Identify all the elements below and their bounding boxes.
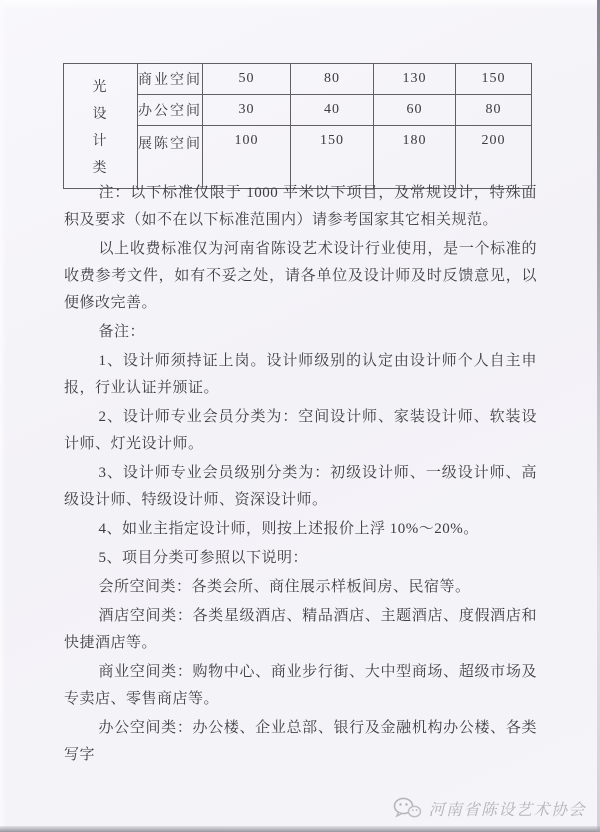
fee-value: 80 bbox=[291, 64, 374, 95]
fee-value: 50 bbox=[203, 64, 291, 95]
fee-value: 40 bbox=[291, 95, 374, 126]
row-label: 商业空间 bbox=[138, 64, 203, 95]
fee-value: 150 bbox=[456, 64, 532, 95]
category-char: 设 bbox=[93, 103, 109, 123]
document-body: 注：以下标准仅限于 1000 平米以下项目，及常规设计，特殊面积及要求（如不在以… bbox=[64, 178, 537, 769]
category-office-spaces: 办公空间类：办公楼、企业总部、银行及金融机构办公楼、各类写字 bbox=[64, 715, 537, 769]
category-char: 计 bbox=[93, 130, 109, 150]
fee-value: 30 bbox=[203, 95, 291, 126]
category-club-spaces: 会所空间类：各类会所、商住展示样板间房、民宿等。 bbox=[64, 574, 537, 601]
scanned-document-page: 光 设 计 类 商业空间 50 80 130 150 办公空间 30 40 60… bbox=[0, 0, 600, 832]
category-hotel-spaces: 酒店空间类：各类星级酒店、精品酒店、主题酒店、度假酒店和快捷酒店等。 bbox=[64, 603, 537, 657]
wechat-logo-icon bbox=[392, 796, 422, 820]
fee-value: 60 bbox=[374, 95, 456, 126]
remark-item-2: 2、设计师专业会员分类为：空间设计师、家装设计师、软装设计师、灯光设计师。 bbox=[64, 404, 537, 458]
row-label: 办公空间 bbox=[138, 95, 203, 126]
remarks-heading: 备注： bbox=[64, 319, 537, 346]
fee-value: 80 bbox=[456, 95, 532, 126]
remark-item-1: 1、设计师须持证上岗。设计师级别的认定由设计师个人自主申报，行业认证并颁证。 bbox=[64, 348, 537, 402]
scan-left-edge bbox=[0, 0, 6, 832]
fee-value: 130 bbox=[374, 64, 456, 95]
scan-bottom-edge bbox=[0, 826, 600, 832]
scan-top-edge bbox=[0, 0, 600, 9]
remark-item-4: 4、如业主指定设计师，则按上述报价上浮 10%～20%。 bbox=[64, 516, 537, 543]
vertical-category-label: 光 设 计 类 bbox=[64, 70, 137, 183]
table-category-cell: 光 设 计 类 bbox=[64, 64, 138, 189]
remark-item-5: 5、项目分类可参照以下说明： bbox=[64, 545, 537, 572]
category-char: 类 bbox=[93, 157, 109, 177]
remark-item-3: 3、设计师专业会员级别分类为：初级设计师、一级设计师、高级设计师、特级设计师、资… bbox=[64, 460, 537, 514]
fee-standard-table: 光 设 计 类 商业空间 50 80 130 150 办公空间 30 40 60… bbox=[63, 63, 532, 189]
watermark-footer: 河南省陈设艺术协会 bbox=[392, 794, 586, 822]
note-paragraph: 注：以下标准仅限于 1000 平米以下项目，及常规设计，特殊面积及要求（如不在以… bbox=[64, 180, 537, 234]
category-char: 光 bbox=[93, 76, 109, 96]
category-commercial-spaces: 商业空间类：购物中心、商业步行街、大中型商场、超级市场及专卖店、零售商店等。 bbox=[64, 659, 537, 713]
association-watermark-text: 河南省陈设艺术协会 bbox=[428, 797, 586, 820]
paragraph: 以上收费标准仅为河南省陈设艺术设计行业使用，是一个标准的收费参考文件，如有不妥之… bbox=[64, 236, 537, 317]
